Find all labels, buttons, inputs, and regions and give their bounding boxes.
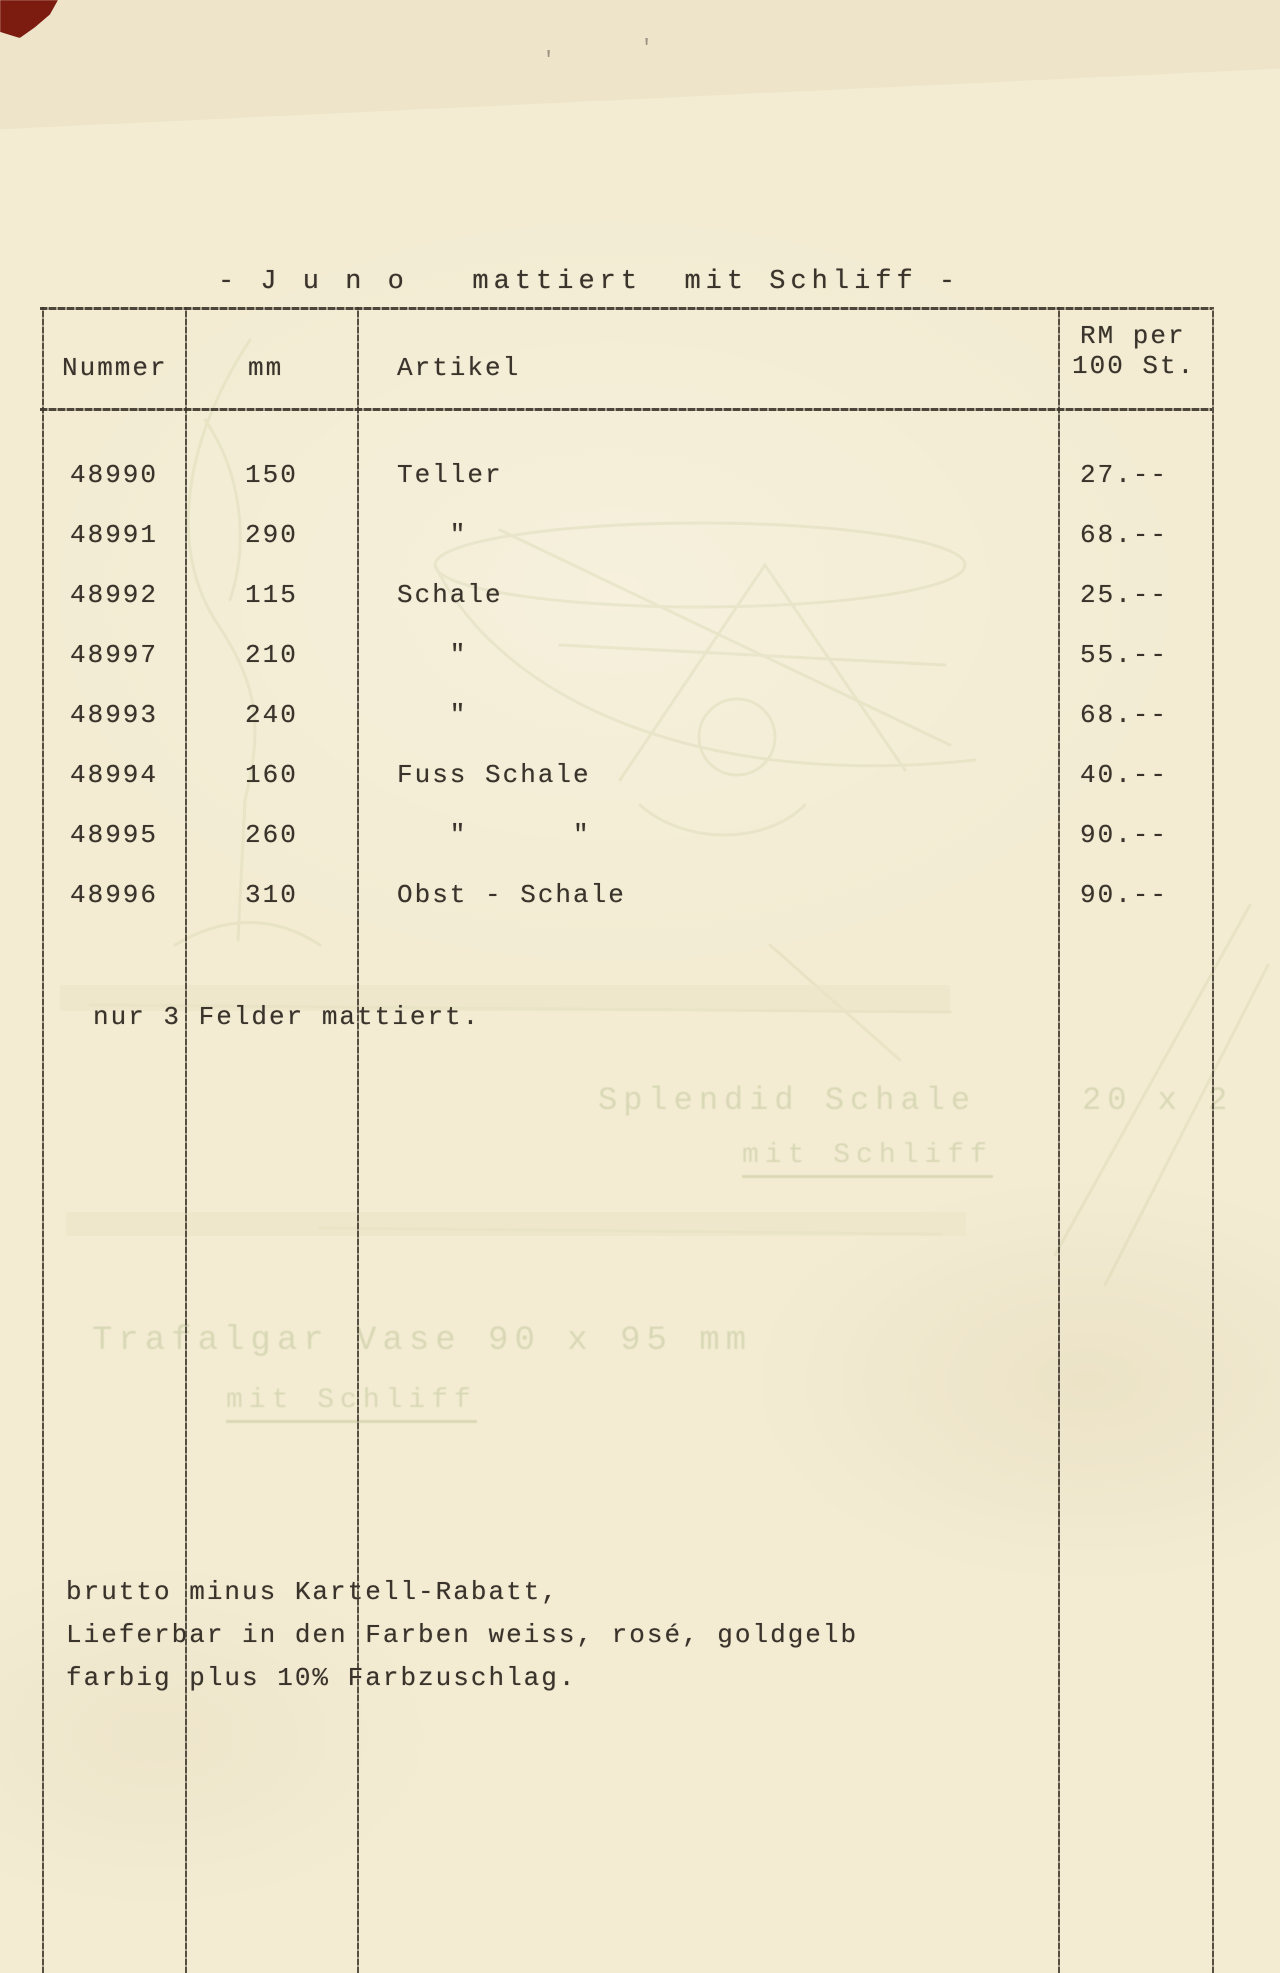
ghost-text-trafalgar-sub: mit Schliff (226, 1385, 477, 1423)
column-header-price-line2: 100 St. (1072, 350, 1195, 382)
table-header-rule (40, 408, 1212, 411)
row-mm: 240 (245, 685, 298, 745)
table-row: 48990 150 Teller 27.-- (0, 445, 1280, 505)
row-mm: 310 (245, 865, 298, 925)
row-mm: 210 (245, 625, 298, 685)
row-nummer: 48996 (70, 865, 158, 925)
footer-line-1: brutto minus Kartell-Rabatt, (66, 1571, 858, 1614)
row-price: 68.-- (1080, 505, 1168, 565)
row-price: 25.-- (1080, 565, 1168, 625)
column-header-nummer: Nummer (62, 350, 168, 386)
row-price: 27.-- (1080, 445, 1168, 505)
footer-line-3: farbig plus 10% Farbzuschlag. (66, 1657, 858, 1700)
table-rows: 48990 150 Teller 27.-- 48991 290 " 68.--… (0, 445, 1280, 925)
stray-tick-mark: ' (640, 36, 653, 61)
table-row: 48996 310 Obst - Schale 90.-- (0, 865, 1280, 925)
row-artikel: Schale (397, 565, 503, 625)
row-mm: 160 (245, 745, 298, 805)
ghost-text-splendid-fragment: 20 x 2 (1082, 1082, 1233, 1119)
row-artikel: " (397, 685, 467, 745)
footer-line-2: Lieferbar in den Farben weiss, rosé, gol… (66, 1614, 858, 1657)
table-row: 48991 290 " 68.-- (0, 505, 1280, 565)
column-header-artikel: Artikel (397, 350, 520, 386)
row-nummer: 48992 (70, 565, 158, 625)
table-row: 48992 115 Schale 25.-- (0, 565, 1280, 625)
note-text: nur 3 Felder mattiert. (93, 1000, 480, 1034)
row-artikel: " " (397, 805, 591, 865)
row-nummer: 48997 (70, 625, 158, 685)
table-row: 48997 210 " 55.-- (0, 625, 1280, 685)
table-row: 48994 160 Fuss Schale 40.-- (0, 745, 1280, 805)
row-artikel: Teller (397, 445, 503, 505)
ghost-text-splendid: Splendid Schale (598, 1082, 976, 1119)
row-mm: 115 (245, 565, 298, 625)
table-row: 48993 240 " 68.-- (0, 685, 1280, 745)
row-price: 90.-- (1080, 805, 1168, 865)
row-artikel: " (397, 505, 467, 565)
table-top-rule (40, 307, 1212, 310)
page-title: - J u n o mattiert mit Schliff - (218, 262, 960, 302)
column-header-price-line1: RM per (1080, 320, 1186, 352)
row-price: 90.-- (1080, 865, 1168, 925)
row-nummer: 48993 (70, 685, 158, 745)
row-nummer: 48994 (70, 745, 158, 805)
row-artikel: Obst - Schale (397, 865, 626, 925)
row-price: 55.-- (1080, 625, 1168, 685)
ghost-text-splendid-sub: mit Schliff (742, 1140, 993, 1178)
footer-remarks: brutto minus Kartell-Rabatt, Lieferbar i… (66, 1571, 858, 1700)
row-price: 68.-- (1080, 685, 1168, 745)
scanned-price-list-page: ' ' Splendid Schale 20 x 2 mit Schliff T… (0, 0, 1280, 1973)
table-row: 48995 260 " " 90.-- (0, 805, 1280, 865)
paper-top-edge (0, 0, 1280, 132)
stray-tick-mark: ' (542, 48, 555, 73)
row-price: 40.-- (1080, 745, 1168, 805)
column-header-mm: mm (248, 350, 283, 386)
row-nummer: 48995 (70, 805, 158, 865)
ghost-text-trafalgar: Trafalgar Vase 90 x 95 mm (92, 1322, 752, 1360)
row-mm: 150 (245, 445, 298, 505)
bleed-band (66, 1212, 966, 1236)
row-artikel: Fuss Schale (397, 745, 591, 805)
row-nummer: 48991 (70, 505, 158, 565)
row-mm: 260 (245, 805, 298, 865)
row-mm: 290 (245, 505, 298, 565)
row-artikel: " (397, 625, 467, 685)
row-nummer: 48990 (70, 445, 158, 505)
